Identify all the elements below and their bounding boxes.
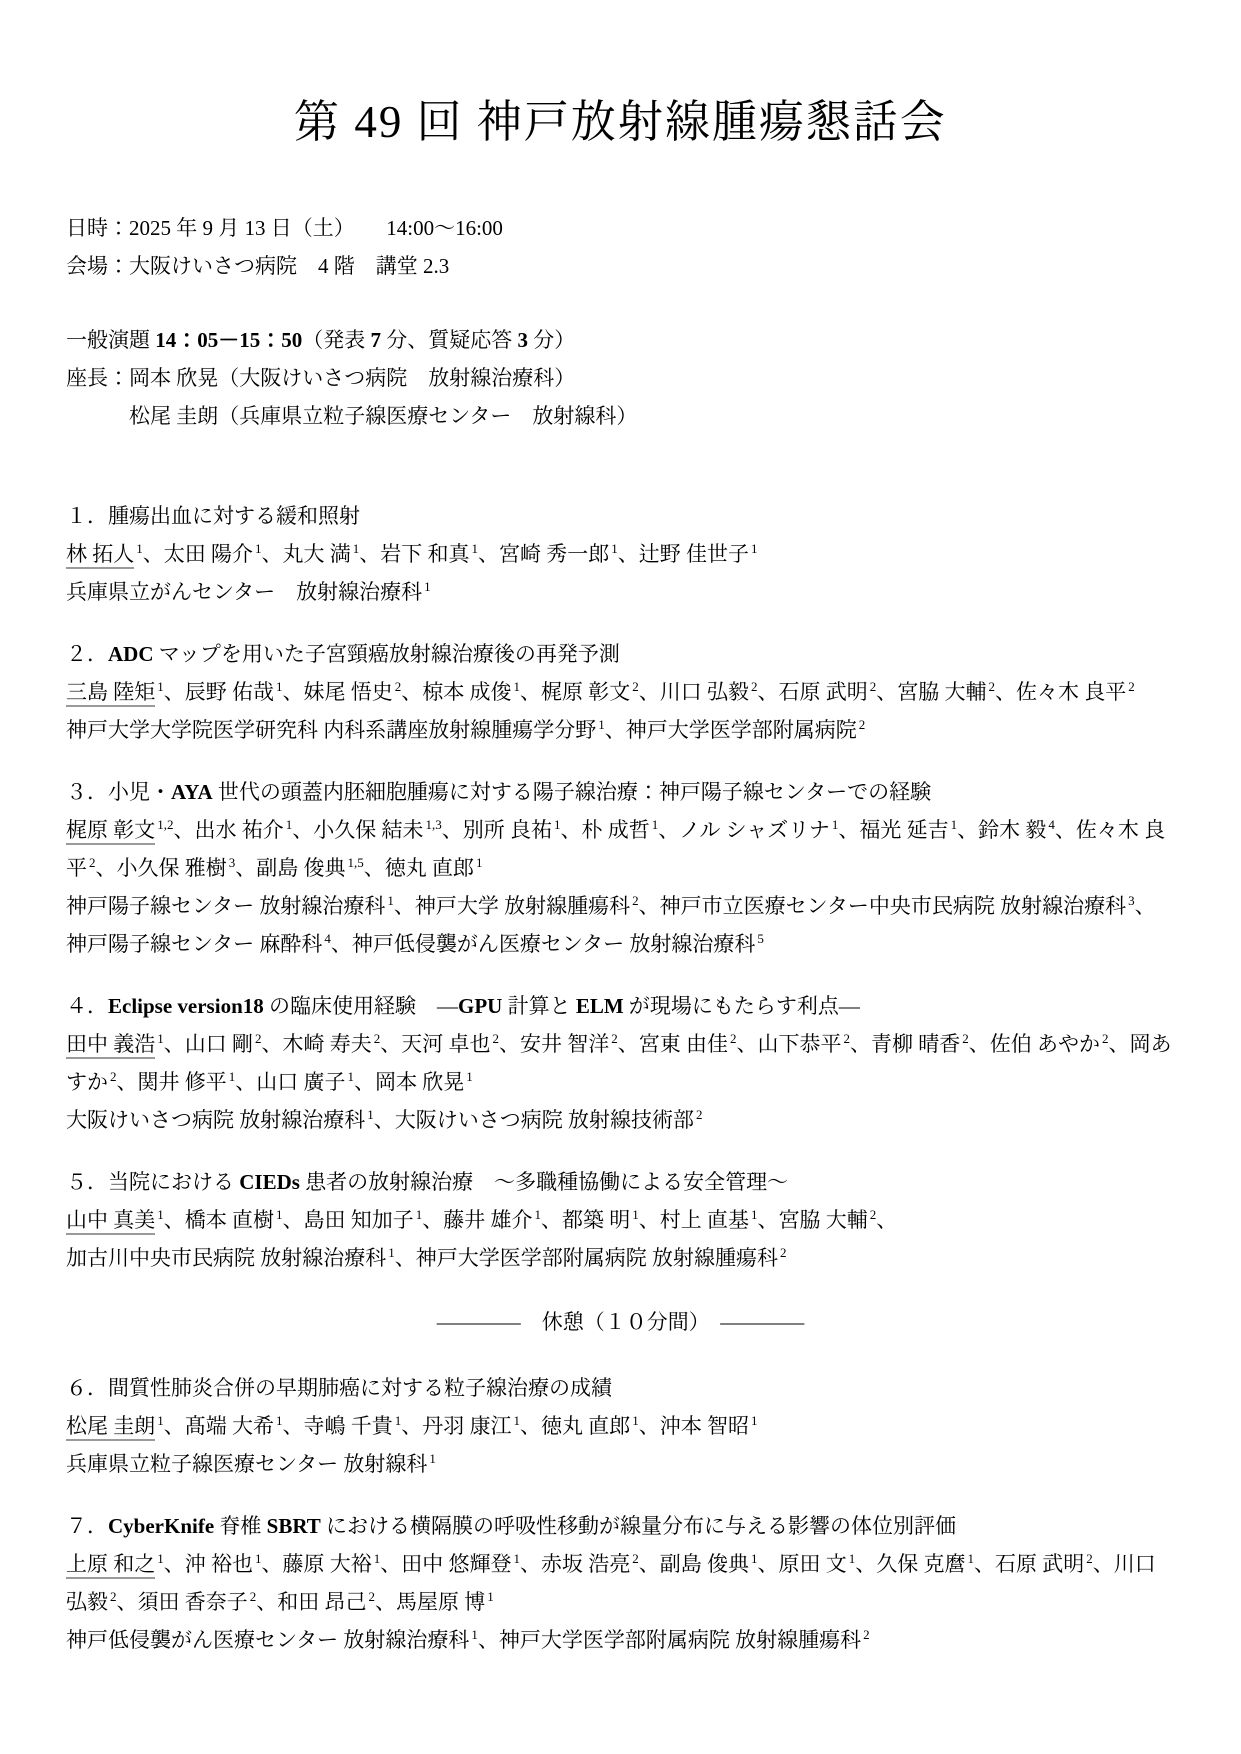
title-text-segment: （発表 xyxy=(302,328,370,352)
presentation-item: １．腫瘍出血に対する緩和照射林 拓人1、太田 陽介1、丸大 満1、岩下 和真1、… xyxy=(66,497,1175,611)
author-name: 寺嶋 千貴 xyxy=(304,1414,393,1438)
chair-line-2: 松尾 圭朗（兵庫県立粒子線医療センター 放射線科） xyxy=(66,397,1175,435)
author-name: 沖 裕也 xyxy=(185,1552,253,1576)
session-info-block: 一般演題 14：05－15：50（発表 7 分、質疑応答 3 分） 座長：岡本 … xyxy=(66,321,1175,435)
presentation-authors: 梶原 彰文1,2、出水 祐介1、小久保 結未1,3、別所 良祐1、朴 成哲1、ノ… xyxy=(66,811,1175,887)
title-latin-bold: Eclipse version18 xyxy=(108,994,264,1018)
author-name: 丹羽 康江 xyxy=(422,1414,511,1438)
affiliation-superscript: 1 xyxy=(554,817,561,832)
affiliation-superscript: 1 xyxy=(229,1069,236,1084)
document-title: 第 49 回 神戸放射線腫瘍懇話会 xyxy=(66,92,1175,153)
presentation-title: ４．Eclipse version18 の臨床使用経験 ―GPU 計算と ELM… xyxy=(66,987,1175,1025)
presentation-authors: 山中 真美1、橋本 直樹1、島田 知加子1、藤井 雄介1、都築 明1、村上 直基… xyxy=(66,1201,1175,1239)
affiliation-superscript: 1 xyxy=(387,893,394,908)
affiliation-name: 神戸低侵襲がん医療センター 放射線治療科 xyxy=(352,932,755,956)
affiliation-superscript: 2 xyxy=(859,717,866,732)
affiliation-superscript: 2 xyxy=(632,893,639,908)
affiliation-name: 兵庫県立粒子線医療センター 放射線科 xyxy=(66,1452,427,1476)
author-name: 天河 卓也 xyxy=(401,1032,490,1056)
presentation-title: ３．小児・AYA 世代の頭蓋内胚細胞腫瘍に対する陽子線治療：神戸陽子線センターで… xyxy=(66,773,1175,811)
presentation-title: ７．CyberKnife 脊椎 SBRT における横隔膜の呼吸性移動が線量分布に… xyxy=(66,1507,1175,1545)
presentation-affiliations: 神戸陽子線センター 放射線治療科1、神戸大学 放射線腫瘍科2、神戸市立医療センタ… xyxy=(66,887,1175,963)
author-name: 須田 香奈子 xyxy=(138,1590,248,1614)
affiliation-superscript: 3 xyxy=(1128,893,1135,908)
title-text-segment: における横隔膜の呼吸性移動が線量分布に与える影響の体位別評価 xyxy=(321,1514,956,1538)
title-text-segment: 脊椎 xyxy=(214,1514,267,1538)
presentation-authors: 林 拓人1、太田 陽介1、丸大 満1、岩下 和真1、宮崎 秀一郎1、辻野 佳世子… xyxy=(66,535,1175,573)
affiliation-name: 神戸陽子線センター 麻酔科 xyxy=(66,932,322,956)
author-name: 石原 武明 xyxy=(779,680,868,704)
presenter-name: 松尾 圭朗 xyxy=(66,1414,155,1441)
author-name: 丸大 満 xyxy=(283,542,351,566)
affiliation-superscript: 1,2 xyxy=(157,817,173,832)
affiliation-name: 神戸大学医学部附属病院 放射線腫瘍科 xyxy=(499,1628,861,1652)
affiliation-superscript: 2 xyxy=(110,1589,117,1604)
affiliation-superscript: 1 xyxy=(157,1551,164,1566)
affiliation-superscript: 1 xyxy=(367,1107,374,1122)
title-text-segment: ４． xyxy=(66,994,108,1018)
author-name: 鈴木 毅 xyxy=(978,818,1046,842)
author-name: 出水 祐介 xyxy=(195,818,284,842)
affiliation-superscript: 1 xyxy=(472,541,479,556)
author-name: 田中 悠輝登 xyxy=(401,1552,511,1576)
presentation-title: １．腫瘍出血に対する緩和照射 xyxy=(66,497,1175,535)
title-latin-bold: GPU xyxy=(458,994,502,1018)
affiliation-superscript: 1 xyxy=(751,1413,758,1428)
presenter-name: 上原 和之 xyxy=(66,1552,155,1579)
affiliation-superscript: 1 xyxy=(348,1069,355,1084)
presentation-authors: 三島 陸矩1、辰野 佑哉1、妹尾 悟史2、椋本 成俊1、梶原 彰文2、川口 弘毅… xyxy=(66,673,1175,711)
title-text-segment: 分） xyxy=(528,328,575,352)
affiliation-superscript: 1 xyxy=(466,1069,473,1084)
author-name: 関井 修平 xyxy=(138,1070,227,1094)
presentation-authors: 田中 義浩1、山口 剛2、木崎 寿夫2、天河 卓也2、安井 智洋2、宮東 由佳2… xyxy=(66,1025,1175,1101)
affiliation-superscript: 2 xyxy=(730,1031,737,1046)
title-latin-bold: 14：05－15：50 xyxy=(155,328,302,352)
author-name: 辻野 佳世子 xyxy=(639,542,749,566)
affiliation-superscript: 2 xyxy=(374,1031,381,1046)
title-text-segment: ３．小児・ xyxy=(66,780,171,804)
event-info-block: 日時：2025 年 9 月 13 日（土） 14:00～16:00 会場：大阪け… xyxy=(66,209,1175,285)
title-latin-bold: CyberKnife xyxy=(108,1514,214,1538)
affiliation-superscript: 2 xyxy=(1102,1031,1109,1046)
affiliation-superscript: 1 xyxy=(276,1207,283,1222)
author-name: 山下恭平 xyxy=(758,1032,842,1056)
title-text-segment: １．腫瘍出血に対する緩和照射 xyxy=(66,504,360,528)
affiliation-superscript: 1 xyxy=(611,541,618,556)
affiliation-superscript: 1 xyxy=(395,1413,402,1428)
presentation-affiliations: 神戸大学大学院医学研究科 内科系講座放射線腫瘍学分野1、神戸大学医学部附属病院2 xyxy=(66,711,1175,749)
affiliation-superscript: 5 xyxy=(757,931,764,946)
affiliation-superscript: 2 xyxy=(110,1069,117,1084)
affiliation-superscript: 3 xyxy=(229,855,236,870)
affiliation-superscript: 1 xyxy=(374,1551,381,1566)
affiliation-superscript: 1 xyxy=(157,1207,164,1222)
presenter-name: 三島 陸矩 xyxy=(66,680,155,707)
author-name: 安井 智洋 xyxy=(520,1032,609,1056)
author-name: 佐々木 良平 xyxy=(1016,680,1126,704)
affiliation-name: 神戸大学医学部附属病院 放射線腫瘍科 xyxy=(416,1246,778,1270)
affiliation-superscript: 1 xyxy=(157,679,164,694)
presenter-name: 田中 義浩 xyxy=(66,1032,155,1059)
author-name: 村上 直基 xyxy=(660,1208,749,1232)
affiliation-superscript: 1 xyxy=(514,679,521,694)
presenter-name: 山中 真美 xyxy=(66,1208,155,1235)
affiliation-superscript: 2 xyxy=(989,679,996,694)
affiliation-superscript: 1 xyxy=(136,541,143,556)
affiliation-superscript: 1 xyxy=(429,1451,436,1466)
author-name: ノル シャズリナ xyxy=(679,818,830,842)
author-name: 小久保 結未 xyxy=(313,818,423,842)
affiliation-superscript: 1 xyxy=(514,1413,521,1428)
presentation-affiliations: 大阪けいさつ病院 放射線治療科1、大阪けいさつ病院 放射線技術部2 xyxy=(66,1101,1175,1139)
title-text-segment: が現場にもたらす利点― xyxy=(624,994,860,1018)
author-name: 徳丸 直郎 xyxy=(541,1414,630,1438)
title-text-segment: ７． xyxy=(66,1514,108,1538)
affiliation-superscript: 2 xyxy=(395,679,402,694)
author-name: 青柳 晴香 xyxy=(871,1032,960,1056)
affiliation-name: 神戸大学大学院医学研究科 内科系講座放射線腫瘍学分野 xyxy=(66,718,596,742)
author-name: 石原 武明 xyxy=(995,1552,1084,1576)
author-name: 福光 延吉 xyxy=(859,818,948,842)
presentation-item: ６．間質性肺炎合併の早期肺癌に対する粒子線治療の成績松尾 圭朗1、髙端 大希1、… xyxy=(66,1369,1175,1483)
affiliation-superscript: 2 xyxy=(751,679,758,694)
affiliation-superscript: 1 xyxy=(157,1413,164,1428)
title-latin-bold: SBRT xyxy=(267,1514,321,1538)
title-text-segment: 一般演題 xyxy=(66,328,155,352)
affiliation-superscript: 1 xyxy=(255,541,262,556)
author-name: 宮脇 大輔 xyxy=(779,1208,868,1232)
affiliation-superscript: 1 xyxy=(652,817,659,832)
affiliation-name: 神戸大学医学部附属病院 xyxy=(626,718,857,742)
affiliation-superscript: 1 xyxy=(751,1551,758,1566)
affiliation-superscript: 1 xyxy=(632,1413,639,1428)
title-text-segment: 分、質疑応答 xyxy=(381,328,518,352)
affiliation-name: 大阪けいさつ病院 放射線技術部 xyxy=(395,1108,694,1132)
title-text-segment: の臨床使用経験 ― xyxy=(264,994,458,1018)
affiliation-superscript: 2 xyxy=(1086,1551,1093,1566)
author-name: 佐伯 あやか xyxy=(990,1032,1100,1056)
presenter-name: 梶原 彰文 xyxy=(66,818,155,845)
affiliation-superscript: 1 xyxy=(598,717,605,732)
presentation-authors: 上原 和之1、沖 裕也1、藤原 大裕1、田中 悠輝登1、赤坂 浩亮2、副島 俊典… xyxy=(66,1545,1175,1621)
author-name: 川口 弘毅 xyxy=(660,680,749,704)
author-name: 宮東 由佳 xyxy=(639,1032,728,1056)
affiliation-superscript: 2 xyxy=(493,1031,500,1046)
affiliation-name: 兵庫県立がんセンター 放射線治療科 xyxy=(66,580,422,604)
affiliation-superscript: 1 xyxy=(424,579,431,594)
author-name: 朴 成哲 xyxy=(582,818,650,842)
author-name: 宮崎 秀一郎 xyxy=(499,542,609,566)
affiliation-superscript: 1 xyxy=(751,541,758,556)
author-name: 馬屋原 博 xyxy=(396,1590,485,1614)
presentation-list: １．腫瘍出血に対する緩和照射林 拓人1、太田 陽介1、丸大 満1、岩下 和真1、… xyxy=(66,497,1175,1659)
affiliation-superscript: 1 xyxy=(632,1207,639,1222)
affiliation-superscript: 1 xyxy=(416,1207,423,1222)
author-name: 久保 克麿 xyxy=(876,1552,965,1576)
affiliation-superscript: 2 xyxy=(962,1031,969,1046)
affiliation-superscript: 2 xyxy=(632,1551,639,1566)
affiliation-superscript: 1 xyxy=(476,855,483,870)
author-name: 小久保 雅樹 xyxy=(117,856,227,880)
title-text-segment: 世代の頭蓋内胚細胞腫瘍に対する陽子線治療：神戸陽子線センターでの経験 xyxy=(213,780,931,804)
title-text-segment: ２． xyxy=(66,642,108,666)
presentation-affiliations: 神戸低侵襲がん医療センター 放射線治療科1、神戸大学医学部附属病院 放射線腫瘍科… xyxy=(66,1621,1175,1659)
affiliation-superscript: 1,5 xyxy=(348,855,364,870)
author-name: 橋本 直樹 xyxy=(185,1208,274,1232)
author-name: 徳丸 直郎 xyxy=(385,856,474,880)
author-name: 副島 俊典 xyxy=(660,1552,749,1576)
author-name: 沖本 智昭 xyxy=(660,1414,749,1438)
author-name: 和田 昂己 xyxy=(277,1590,366,1614)
affiliation-superscript: 1,3 xyxy=(426,817,442,832)
venue-line: 会場：大阪けいさつ病院 4 階 講堂 2.3 xyxy=(66,247,1175,285)
session-time-line: 一般演題 14：05－15：50（発表 7 分、質疑応答 3 分） xyxy=(66,321,1175,359)
break-divider: ―――― 休憩（１０分間） ―――― xyxy=(66,1303,1175,1341)
title-latin-bold: AYA xyxy=(171,780,213,804)
affiliation-superscript: 2 xyxy=(780,1245,787,1260)
document-page: 第 49 回 神戸放射線腫瘍懇話会 日時：2025 年 9 月 13 日（土） … xyxy=(0,0,1241,1754)
presentation-item: ３．小児・AYA 世代の頭蓋内胚細胞腫瘍に対する陽子線治療：神戸陽子線センターで… xyxy=(66,773,1175,963)
affiliation-superscript: 2 xyxy=(611,1031,618,1046)
author-name: 山口 剛 xyxy=(185,1032,253,1056)
affiliation-superscript: 2 xyxy=(696,1107,703,1122)
affiliation-superscript: 2 xyxy=(250,1589,257,1604)
affiliation-superscript: 1 xyxy=(514,1551,521,1566)
title-latin-bold: ADC xyxy=(108,642,154,666)
affiliation-superscript: 2 xyxy=(89,855,96,870)
affiliation-superscript: 2 xyxy=(369,1589,376,1604)
affiliation-name: 神戸市立医療センター中央市民病院 放射線治療科 xyxy=(660,894,1126,918)
datetime-line: 日時：2025 年 9 月 13 日（土） 14:00～16:00 xyxy=(66,209,1175,247)
affiliation-superscript: 1 xyxy=(286,817,293,832)
affiliation-superscript: 1 xyxy=(832,817,839,832)
title-text-segment: ６．間質性肺炎合併の早期肺癌に対する粒子線治療の成績 xyxy=(66,1376,612,1400)
author-name: 木崎 寿夫 xyxy=(283,1032,372,1056)
title-text-segment: マップを用いた子宮頸癌放射線治療後の再発予測 xyxy=(154,642,620,666)
title-latin-bold: ELM xyxy=(576,994,624,1018)
affiliation-name: 加古川中央市民病院 放射線治療科 xyxy=(66,1246,386,1270)
affiliation-superscript: 2 xyxy=(844,1031,851,1046)
presentation-authors: 松尾 圭朗1、髙端 大希1、寺嶋 千貴1、丹羽 康江1、徳丸 直郎1、沖本 智昭… xyxy=(66,1407,1175,1445)
title-latin-bold: CIEDs xyxy=(239,1170,300,1194)
presenter-name: 林 拓人 xyxy=(66,542,134,569)
author-name: 山口 廣子 xyxy=(256,1070,345,1094)
affiliation-superscript: 4 xyxy=(324,931,331,946)
author-name: 島田 知加子 xyxy=(304,1208,414,1232)
presentation-item: ５．当院における CIEDs 患者の放射線治療 ～多職種協働による安全管理～山中… xyxy=(66,1163,1175,1277)
author-name: 妹尾 悟史 xyxy=(304,680,393,704)
affiliation-superscript: 1 xyxy=(276,1413,283,1428)
author-name: 副島 俊典 xyxy=(256,856,345,880)
affiliation-superscript: 2 xyxy=(632,679,639,694)
author-name: 椋本 成俊 xyxy=(422,680,511,704)
author-name: 宮脇 大輔 xyxy=(897,680,986,704)
affiliation-superscript: 2 xyxy=(870,679,877,694)
affiliation-superscript: 1 xyxy=(276,679,283,694)
affiliation-superscript: 2 xyxy=(1128,679,1135,694)
author-name: 岩下 和真 xyxy=(380,542,469,566)
author-name: 赤坂 浩亮 xyxy=(541,1552,630,1576)
affiliation-superscript: 1 xyxy=(487,1589,494,1604)
affiliation-superscript: 4 xyxy=(1048,817,1055,832)
author-name: 藤井 雄介 xyxy=(443,1208,532,1232)
presentation-affiliations: 兵庫県立粒子線医療センター 放射線科1 xyxy=(66,1445,1175,1483)
author-name: 藤原 大裕 xyxy=(283,1552,372,1576)
affiliation-superscript: 2 xyxy=(870,1207,877,1222)
presentation-affiliations: 兵庫県立がんセンター 放射線治療科1 xyxy=(66,573,1175,611)
title-text-segment: 患者の放射線治療 ～多職種協働による安全管理～ xyxy=(300,1170,788,1194)
author-name: 岡本 欣晃 xyxy=(375,1070,464,1094)
title-latin-bold: 7 xyxy=(371,328,382,352)
affiliation-name: 神戸低侵襲がん医療センター 放射線治療科 xyxy=(66,1628,469,1652)
affiliation-superscript: 1 xyxy=(471,1627,478,1642)
chair-line-1: 座長：岡本 欣晃（大阪けいさつ病院 放射線治療科） xyxy=(66,359,1175,397)
title-latin-bold: 3 xyxy=(518,328,529,352)
affiliation-superscript: 1 xyxy=(388,1245,395,1260)
author-name: 原田 文 xyxy=(779,1552,847,1576)
affiliation-superscript: 1 xyxy=(255,1551,262,1566)
author-name: 都築 明 xyxy=(562,1208,630,1232)
presentation-item: ２．ADC マップを用いた子宮頸癌放射線治療後の再発予測三島 陸矩1、辰野 佑哉… xyxy=(66,635,1175,749)
affiliation-superscript: 2 xyxy=(863,1627,870,1642)
presentation-item: ４．Eclipse version18 の臨床使用経験 ―GPU 計算と ELM… xyxy=(66,987,1175,1139)
presentation-title: ６．間質性肺炎合併の早期肺癌に対する粒子線治療の成績 xyxy=(66,1369,1175,1407)
presentation-affiliations: 加古川中央市民病院 放射線治療科1、神戸大学医学部附属病院 放射線腫瘍科2 xyxy=(66,1239,1175,1277)
affiliation-superscript: 2 xyxy=(255,1031,262,1046)
affiliation-superscript: 1 xyxy=(968,1551,975,1566)
affiliation-superscript: 1 xyxy=(157,1031,164,1046)
author-name: 梶原 彰文 xyxy=(541,680,630,704)
author-name: 太田 陽介 xyxy=(164,542,253,566)
affiliation-superscript: 1 xyxy=(951,817,958,832)
presentation-title: ２．ADC マップを用いた子宮頸癌放射線治療後の再発予測 xyxy=(66,635,1175,673)
affiliation-name: 神戸陽子線センター 放射線治療科 xyxy=(66,894,385,918)
affiliation-superscript: 1 xyxy=(353,541,360,556)
author-name: 別所 良祐 xyxy=(463,818,552,842)
affiliation-superscript: 1 xyxy=(535,1207,542,1222)
affiliation-name: 神戸大学 放射線腫瘍科 xyxy=(415,894,630,918)
affiliation-superscript: 1 xyxy=(751,1207,758,1222)
title-text-segment: 計算と xyxy=(502,994,576,1018)
presentation-item: ７．CyberKnife 脊椎 SBRT における横隔膜の呼吸性移動が線量分布に… xyxy=(66,1507,1175,1659)
presentation-title: ５．当院における CIEDs 患者の放射線治療 ～多職種協働による安全管理～ xyxy=(66,1163,1175,1201)
author-name: 髙端 大希 xyxy=(185,1414,274,1438)
affiliation-name: 大阪けいさつ病院 放射線治療科 xyxy=(66,1108,365,1132)
affiliation-superscript: 1 xyxy=(849,1551,856,1566)
author-name: 辰野 佑哉 xyxy=(185,680,274,704)
title-text-segment: ５．当院における xyxy=(66,1170,239,1194)
